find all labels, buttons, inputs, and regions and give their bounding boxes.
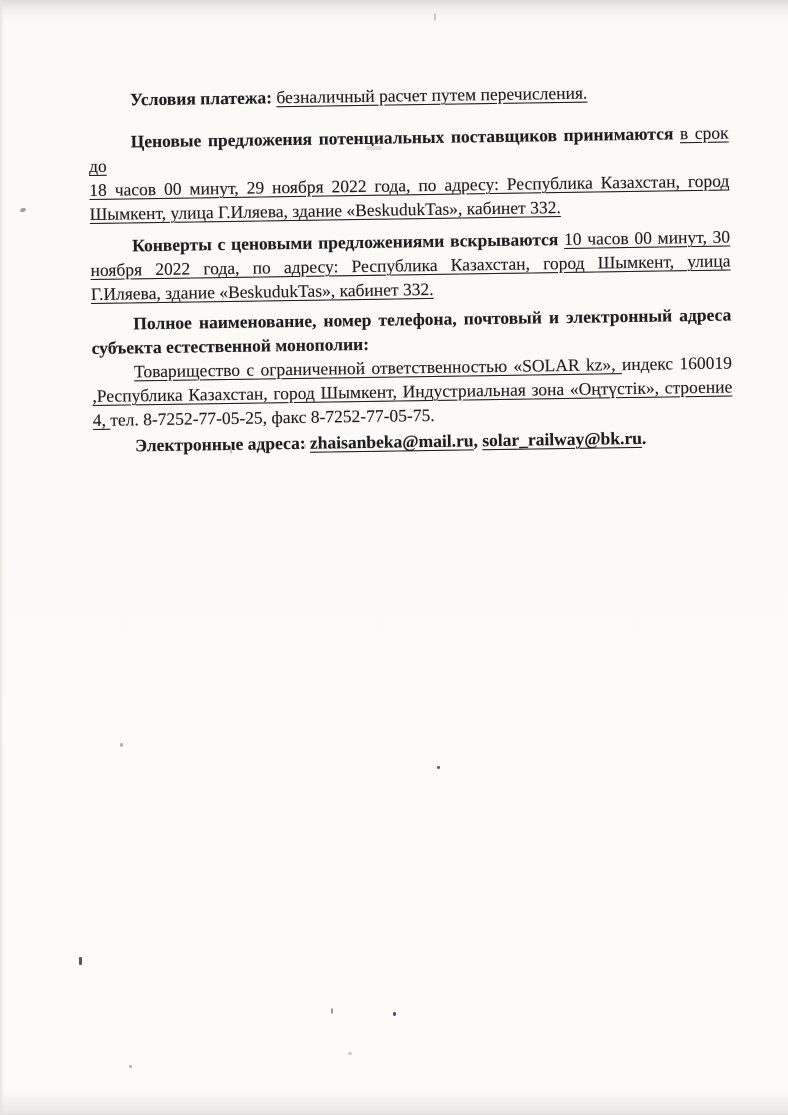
scan-speck [79,957,82,965]
scanned-document-page: Условия платежа: безналичный расчет путе… [0,0,788,1115]
document-body: Условия платежа: безналичный расчет путе… [0,0,788,459]
scan-speck [434,13,436,21]
scan-speck [120,743,123,747]
scan-speck [366,146,382,150]
text-segment: . [642,428,647,448]
text-segment: субъекта естественной монополии: [92,334,370,358]
scan-speck [230,448,232,454]
para-payment-terms: Условия платежа: безналичный расчет путе… [88,79,728,112]
scan-speck [304,444,306,449]
text-segment: Г.Иляева, здание «BeskudukTas», кабинет … [91,279,434,304]
scan-speck [129,1065,132,1068]
para-price-offers: Ценовые предложения потенциальных постав… [88,121,729,226]
text-segment: безналичный расчет путем перечисления. [276,83,587,108]
para-envelopes: Конверты с ценовыми предложениями вскрыв… [90,225,731,306]
scan-speck [331,1008,333,1014]
text-segment: zhaisanbeka@mail.ru [310,430,474,452]
scan-speck [348,1052,352,1055]
text-segment: Электронные адреса: [135,433,310,456]
text-segment: Ценовые предложения потенциальных постав… [130,123,680,151]
scan-speck [437,766,440,769]
scan-speck [393,1012,396,1016]
text-segment: Шымкент, улица Г.Иляева, здание «Beskudu… [90,197,561,224]
text-line: Условия платежа: безналичный расчет путе… [88,79,728,112]
text-segment: индекс 160019 [622,353,732,375]
text-segment: тел. 8-7252-77-05-25, факс 8-7252-77-05-… [110,405,435,430]
text-segment: 10 часов 00 минут, 30 [564,227,730,249]
text-segment: solar_railway@bk.ru [482,428,642,450]
para-entity-details: Товарищество с ограниченной ответственно… [92,351,733,432]
text-segment: Условия платежа: [130,87,277,109]
text-segment: 4, [93,410,111,430]
